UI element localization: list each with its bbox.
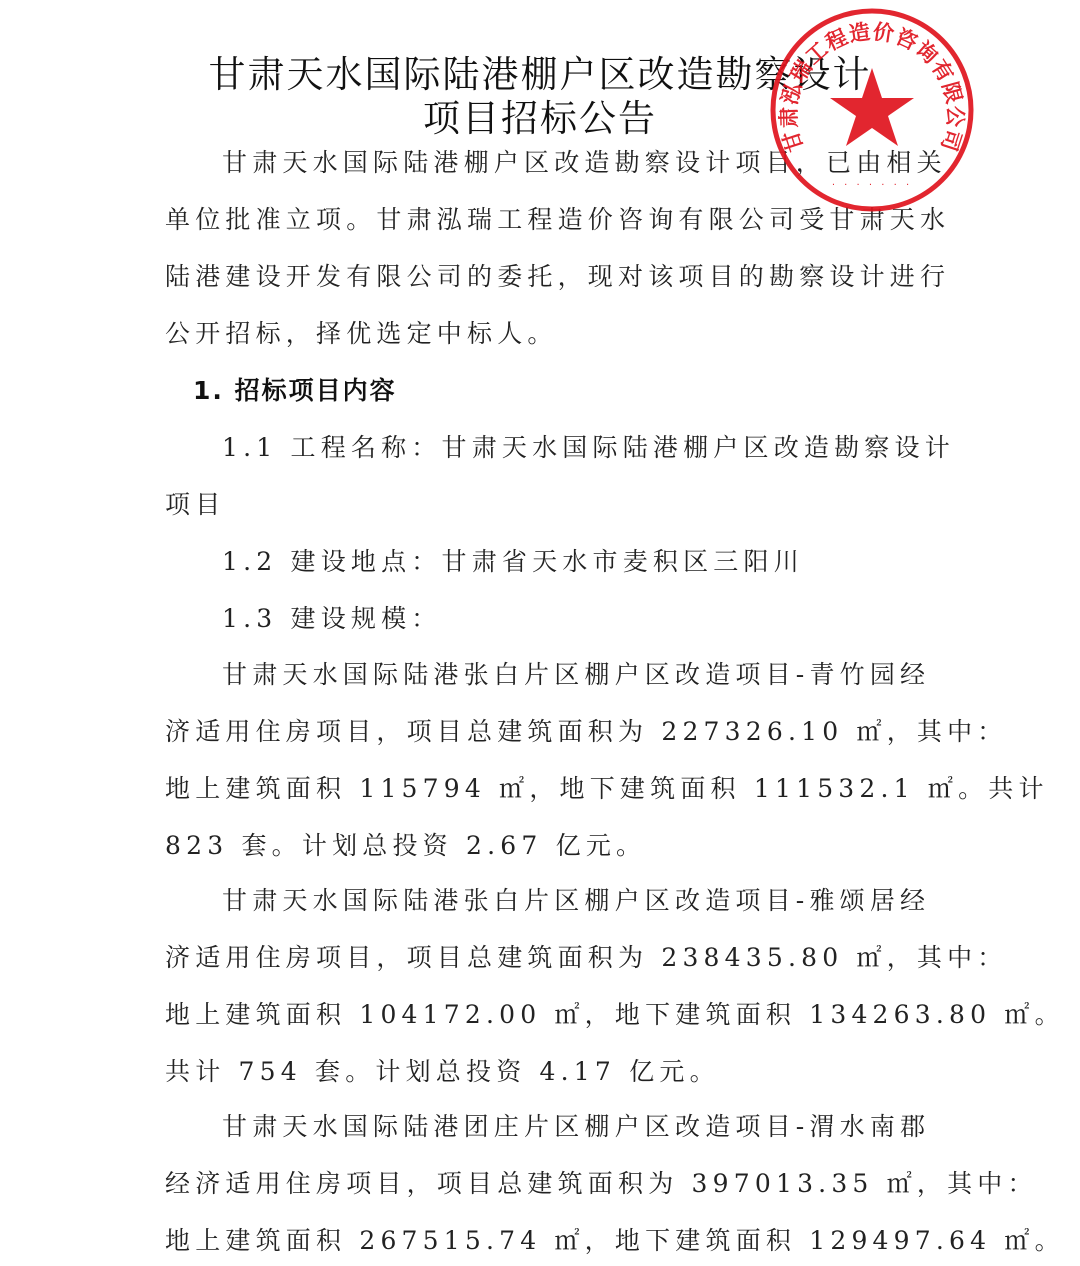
item-1-2: 1.2 建设地点：甘肃省天水市麦积区三阳川 [222, 545, 804, 579]
item-1-1-line-2: 项目 [165, 488, 225, 522]
intro-line-3: 陆港建设开发有限公司的委托，现对该项目的勘察设计进行 [165, 260, 950, 294]
svg-text:· · · · · · ·: · · · · · · · [832, 180, 912, 191]
project-1-line-2: 济适用住房项目，项目总建筑面积为 227326.10 ㎡，其中： [165, 715, 1008, 749]
project-2-line-3: 地上建筑面积 104172.00 ㎡，地下建筑面积 134263.80 ㎡。 [165, 998, 1065, 1032]
document-title-line-2: 项目招标公告 [0, 88, 1080, 142]
project-1-line-1: 甘肃天水国际陆港张白片区棚户区改造项目-青竹园经 [222, 658, 930, 692]
intro-line-1: 甘肃天水国际陆港棚户区改造勘察设计项目，已由相关 [222, 146, 947, 180]
project-1-line-3: 地上建筑面积 115794 ㎡，地下建筑面积 111532.1 ㎡。共计 [165, 772, 1049, 806]
section-1-heading: 1. 招标项目内容 [193, 374, 397, 408]
item-1-1-line-1: 1.1 工程名称：甘肃天水国际陆港棚户区改造勘察设计 [222, 431, 955, 465]
project-2-line-1: 甘肃天水国际陆港张白片区棚户区改造项目-雅颂居经 [222, 884, 930, 918]
project-3-line-2: 经济适用住房项目，项目总建筑面积为 397013.35 ㎡，其中： [165, 1167, 1038, 1201]
document-page: 甘肃天水国际陆港棚户区改造勘察设计 项目招标公告 甘肃天水国际陆港棚户区改造勘察… [0, 0, 1080, 1266]
project-3-line-3: 地上建筑面积 267515.74 ㎡，地下建筑面积 129497.64 ㎡。 [165, 1224, 1065, 1258]
intro-line-4: 公开招标，择优选定中标人。 [165, 317, 558, 351]
item-1-3: 1.3 建设规模： [222, 602, 442, 636]
intro-line-2: 单位批准立项。甘肃泓瑞工程造价咨询有限公司受甘肃天水 [165, 203, 950, 237]
project-2-line-2: 济适用住房项目，项目总建筑面积为 238435.80 ㎡，其中： [165, 941, 1008, 975]
project-3-line-1: 甘肃天水国际陆港团庄片区棚户区改造项目-渭水南郡 [222, 1110, 930, 1144]
project-2-line-4: 共计 754 套。计划总投资 4.17 亿元。 [165, 1055, 720, 1089]
project-1-line-4: 823 套。计划总投资 2.67 亿元。 [165, 829, 646, 863]
